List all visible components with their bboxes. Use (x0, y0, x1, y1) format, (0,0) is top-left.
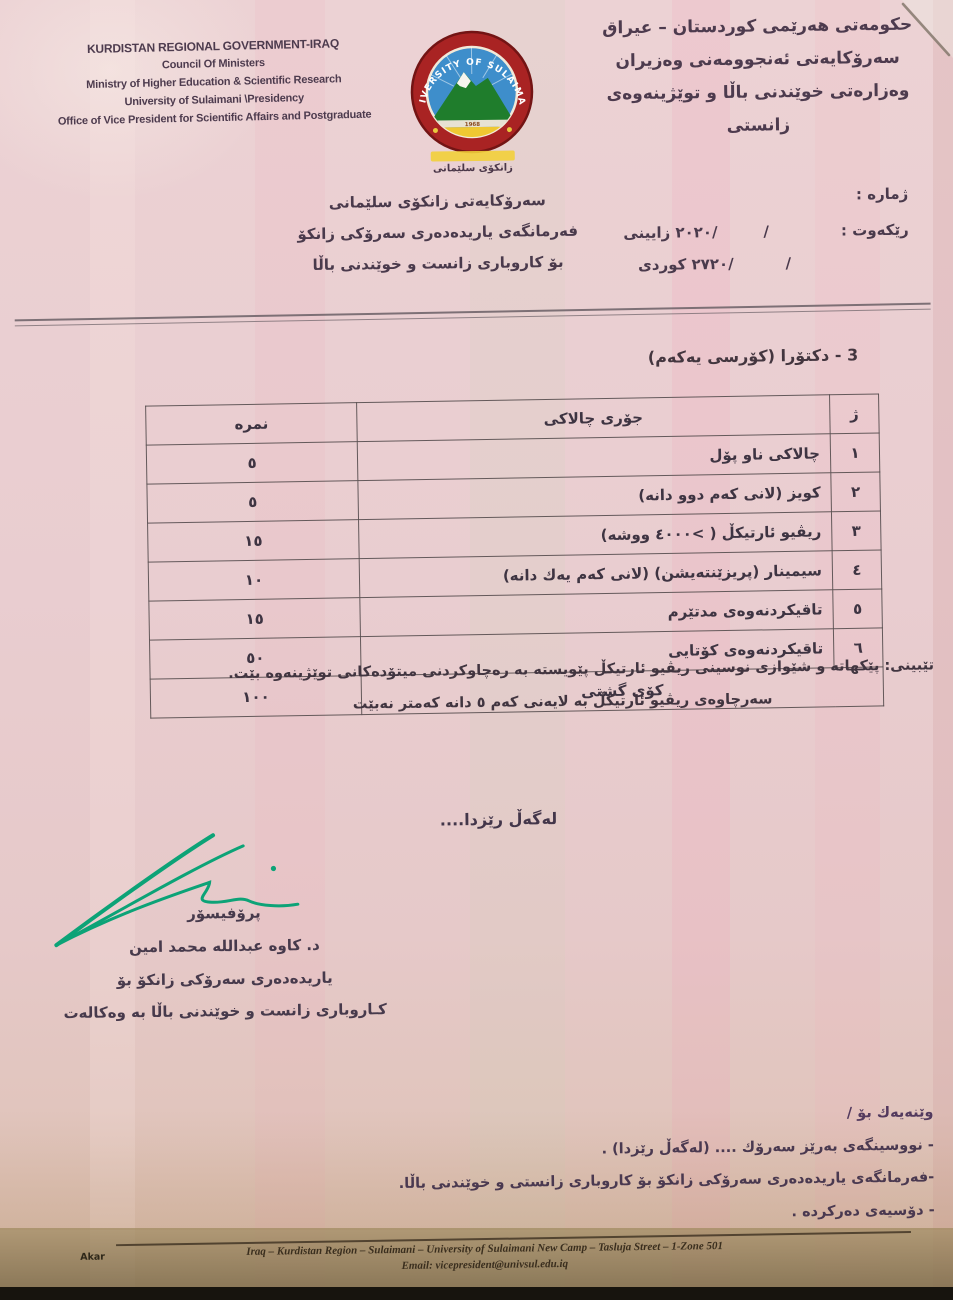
signature-block: پرۆفیسۆر د. كاوە عبدالله محمد امین یارید… (50, 901, 400, 1036)
closing-salutation: لەگەڵ رێزدا.... (440, 809, 558, 829)
signer-role-line2: كـاروباری زانست و خوێندنی باڵا بە وەكالە… (51, 999, 399, 1025)
letterhead-english: KURDISTAN REGIONAL GOVERNMENT-IRAQ Counc… (41, 33, 387, 131)
letterhead-kurdish: حكومەتی هەرێمی كوردستان – عیراق سەرۆكایە… (579, 8, 937, 145)
footer-watermark: Akar (80, 1252, 105, 1263)
reference-date-gregorian: رێكەوت : / /٢٠٢٠ زایینی (569, 221, 909, 243)
cc-block: وێنەیەك بۆ / - نووسینگەی بەرێز سەرۆك ...… (373, 1096, 935, 1233)
header-divider (15, 303, 931, 327)
date-label: رێكەوت : (841, 221, 909, 240)
office-line: فەرمانگەی یاریدەدەری سەرۆكی زانكۆ (270, 215, 606, 250)
section-heading: 3 - دكتۆرا (كۆرسی یەكەم) (648, 345, 859, 367)
letterhead-line: سەرۆكایەتی ئەنجوومەنی وەزیران (579, 41, 935, 78)
logo-banner-highlight (431, 151, 515, 162)
reference-date-kurdish: / /٢٧٢٠ كوردی (569, 253, 909, 275)
signer-role-line1: یاریدەدەری سەرۆكی زانكۆ بۆ (51, 966, 399, 992)
issuing-office: سەرۆكایەتی زانكۆی سلێمانی فەرمانگەی یاری… (269, 184, 606, 280)
reference-block: ژمارە : رێكەوت : / /٢٠٢٠ زایینی / /٢٧٢٠ … (568, 185, 909, 275)
logo-banner-text: زانكۆی سلێمانی (433, 163, 513, 175)
date-slash: / (785, 254, 791, 272)
signer-name: د. كاوە عبدالله محمد امین (50, 934, 398, 960)
note-line: سەرچاوەی ریڤیو ئارتیكڵ بە لایەنی كەم ٥ د… (44, 687, 934, 721)
letter-content: KURDISTAN REGIONAL GOVERNMENT-IRAQ Counc… (0, 0, 953, 1300)
scan-bottom-edge (0, 1287, 953, 1300)
header-marks: نمرە (146, 403, 358, 445)
university-logo: 1968 UNIVERSITY OF SULAIMANI زانكۆی سلێم… (405, 23, 539, 175)
date-year-gregorian: /٢٠٢٠ زایینی (623, 223, 717, 242)
letterhead-line: وەزارەتی خوێندنی باڵا و توێژینەوەی زانست… (580, 75, 937, 146)
scanned-letter-page: KURDISTAN REGIONAL GOVERNMENT-IRAQ Counc… (0, 0, 953, 1300)
reference-number-label: ژمارە : (568, 185, 908, 207)
notes-block: تێبینی: پێكهاتە و شێوازی نوسینی ریڤیو ئا… (44, 654, 935, 720)
logo-year: 1968 (465, 122, 481, 128)
office-line: سەرۆكایەتی زانكۆی سلێمانی (269, 184, 605, 219)
signer-title: پرۆفیسۆر (50, 901, 398, 927)
letterhead-line: حكومەتی هەرێمی كوردستان – عیراق (579, 8, 935, 45)
cc-item: - دۆسیەی دەركردە . (375, 1194, 935, 1233)
date-slash: / (763, 222, 769, 240)
header-no: ژ (830, 394, 880, 434)
date-year-kurdish: /٢٧٢٠ كوردی (638, 255, 734, 274)
office-line: بۆ كاروباری زانست و خوێندنی باڵا (270, 246, 606, 281)
